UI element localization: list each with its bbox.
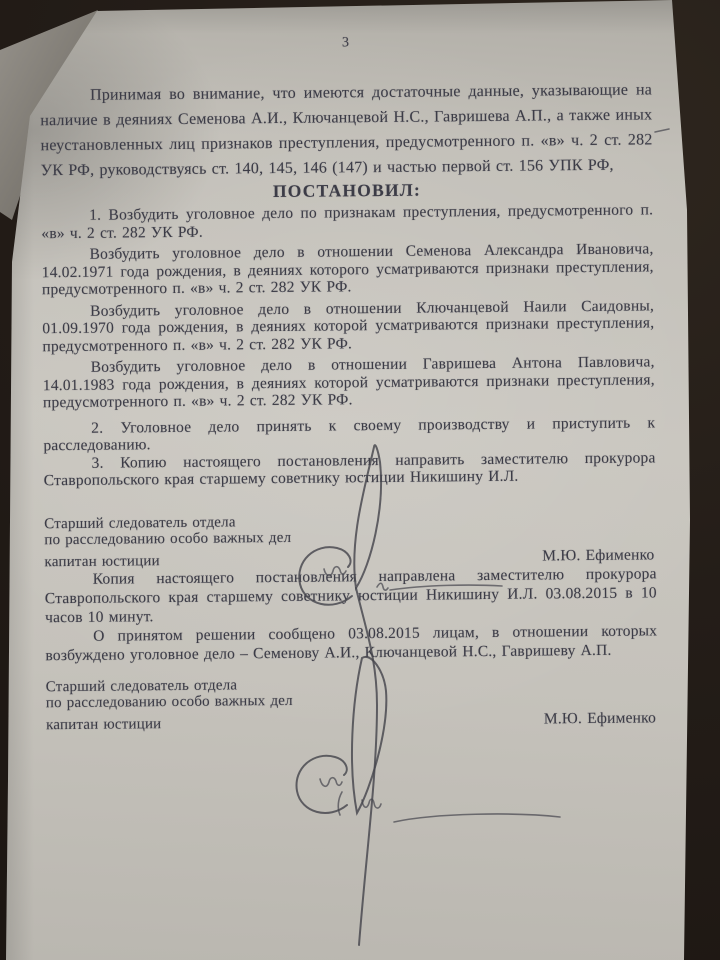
signature-underline [394, 814, 560, 822]
photo-background: { "colors": { "background": "#241d18", "… [0, 0, 720, 960]
resolution-item-6: 3. Копию настоящего постановления направ… [43, 449, 655, 490]
resolution-item-2: Возбудить уголовное дело в отношении Сем… [41, 240, 653, 298]
intro-paragraph: Принимая во внимание, что имеются достат… [40, 77, 653, 183]
page-number: 3 [39, 0, 651, 55]
signature-scribble [320, 778, 342, 787]
signature-block-1: Старший следователь отдела по расследова… [44, 510, 656, 570]
notification-paragraph: О принятом решении сообщено 03.08.2015 л… [45, 621, 657, 665]
resolution-item-5: 2. Уголовное дело принять к своему произ… [43, 414, 655, 455]
signatory-name: М.Ю. Ефименко [542, 546, 654, 565]
resolution-item-3: Возбудить уголовное дело в отношении Клю… [42, 297, 654, 355]
signature-loop [297, 756, 347, 813]
signature-scribble [338, 792, 342, 815]
resolution-item-4: Возбудить уголовное дело в отношении Гав… [43, 353, 655, 411]
copy-note-paragraph: Копия настоящего постановления направлен… [45, 564, 658, 627]
document-text: 3 Принимая во внимание, что имеются дост… [39, 0, 658, 733]
pen-dash-mark [655, 129, 669, 132]
document-page: 3 Принимая во внимание, что имеются дост… [0, 0, 720, 960]
signatory-name: М.Ю. Ефименко [544, 709, 656, 728]
signature-block-2: Старший следователь отдела по расследова… [46, 673, 658, 733]
resolution-item-1: 1. Возбудить уголовное дело по признакам… [41, 201, 653, 242]
signature-scribble [362, 799, 381, 808]
